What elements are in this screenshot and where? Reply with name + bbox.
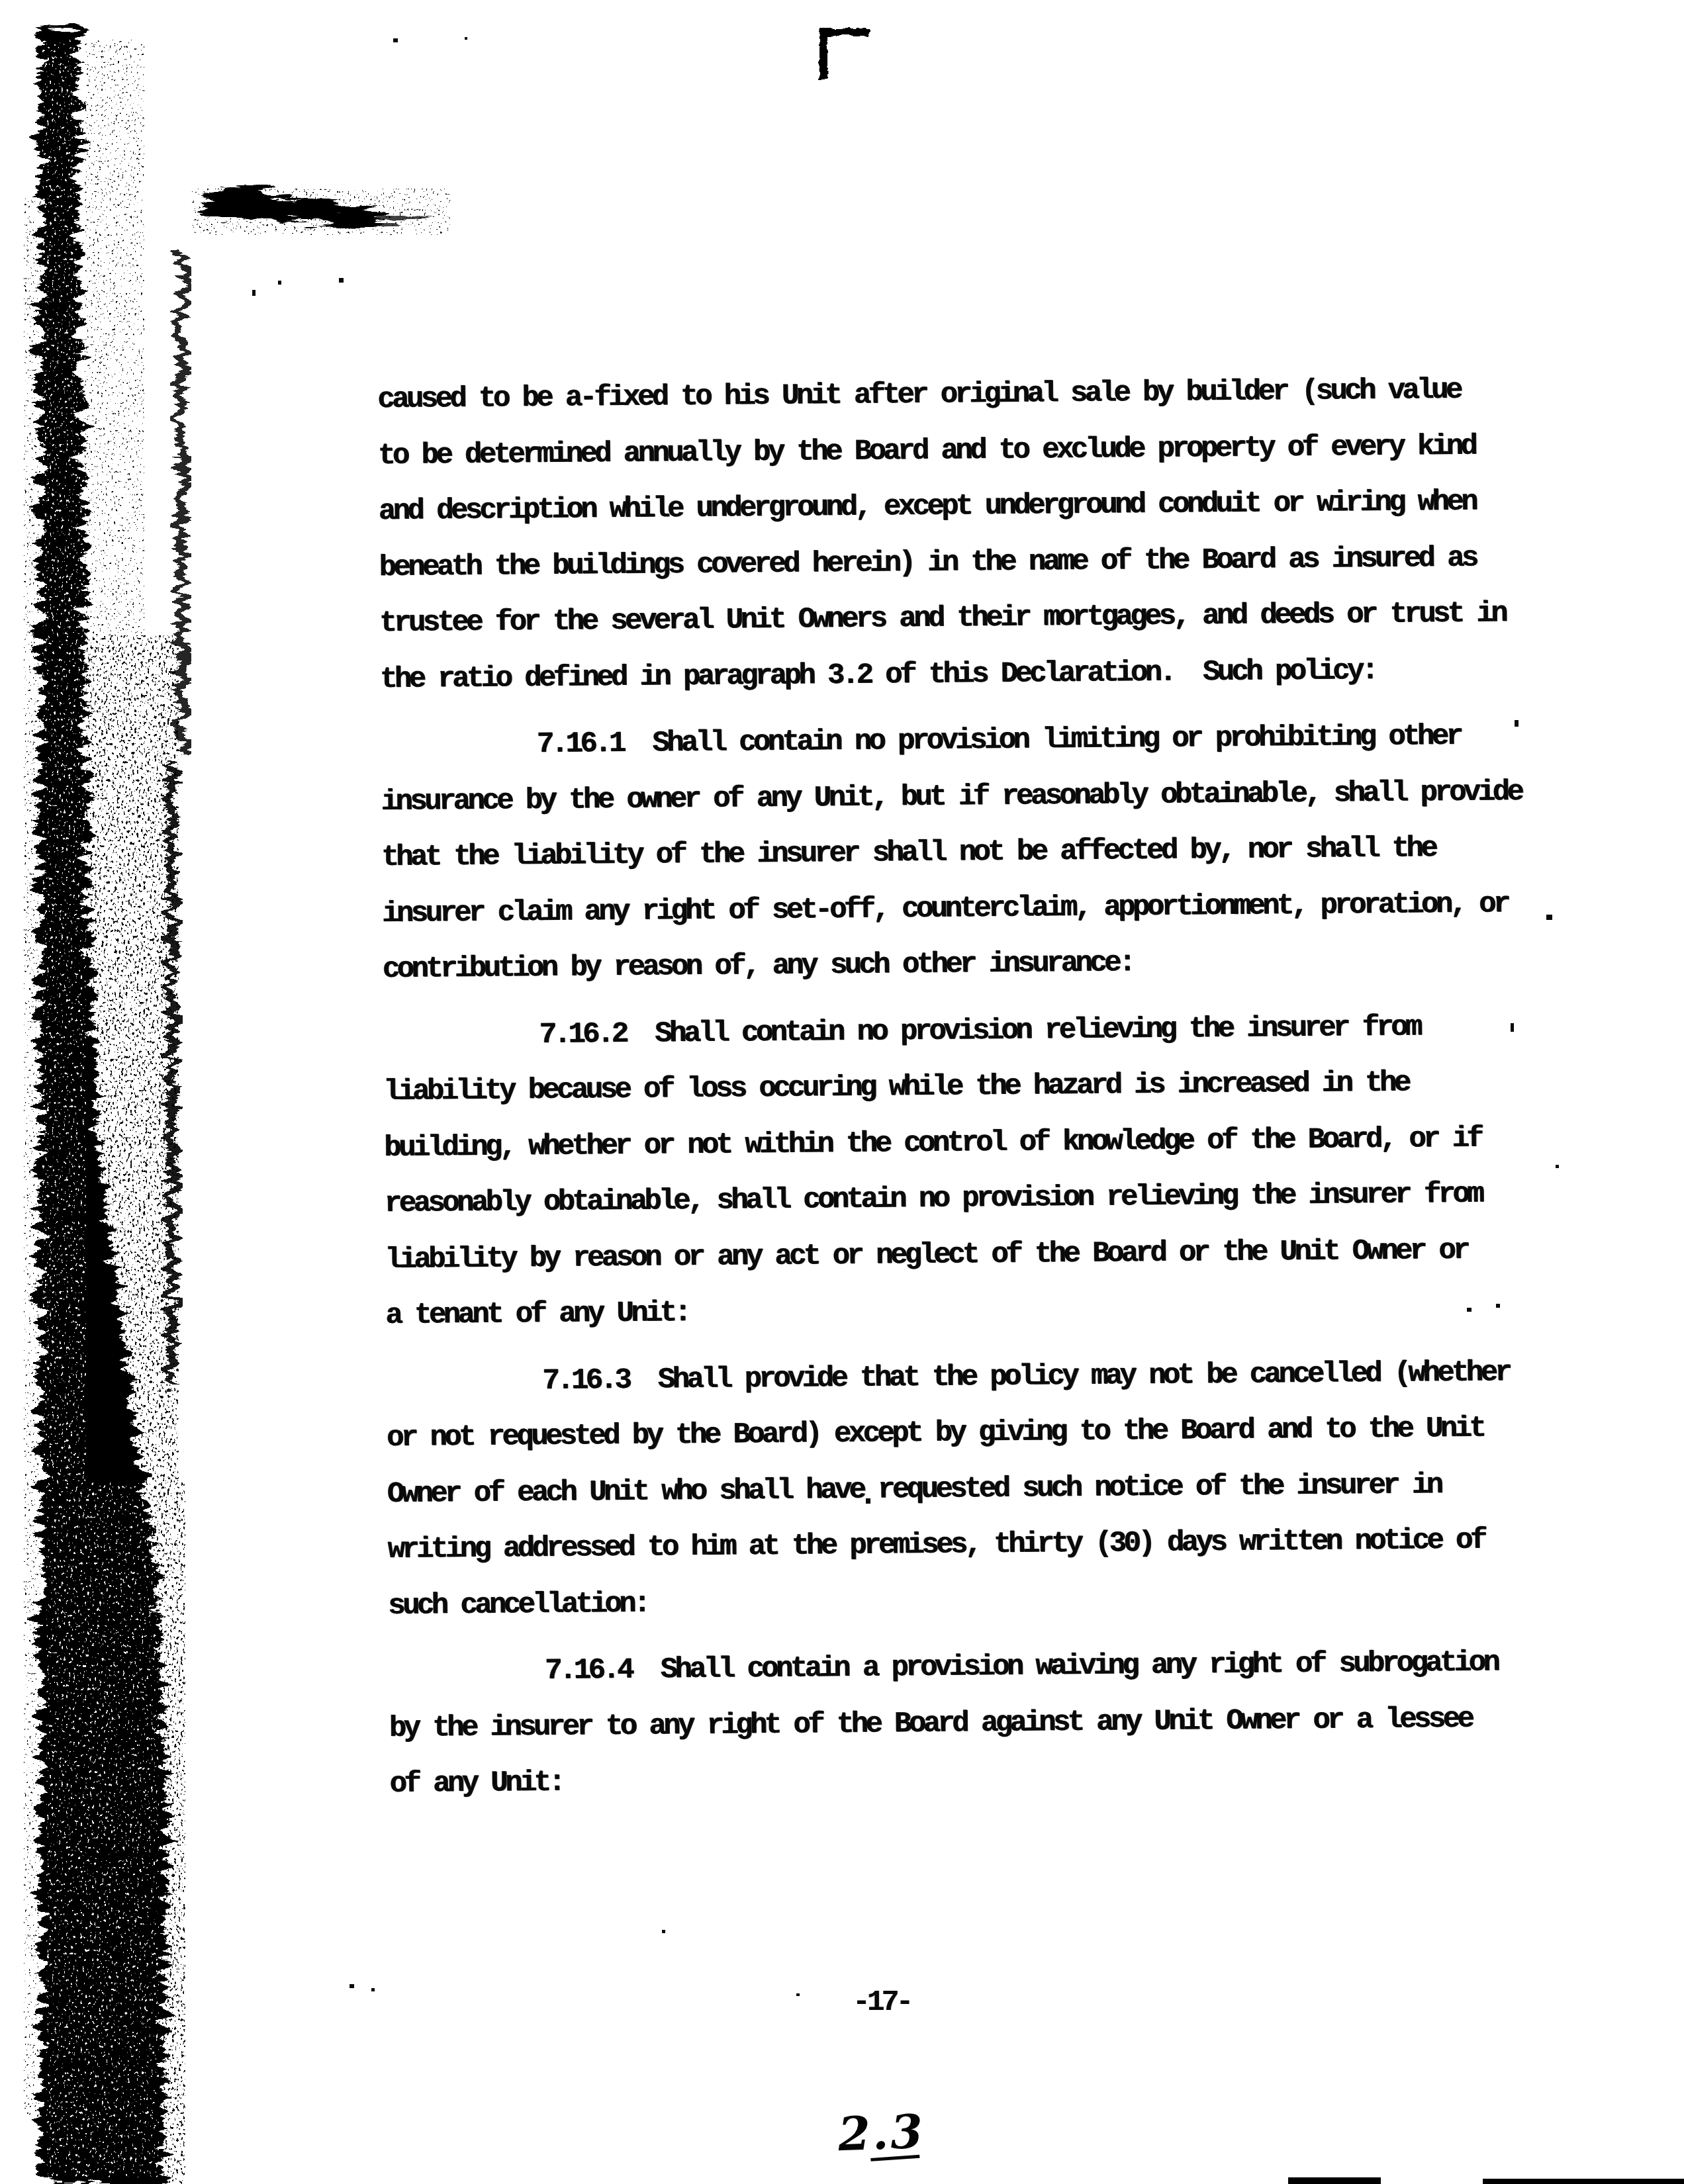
text-line: 7.16.4 Shall contain a provision waiving… [389, 1634, 1581, 1700]
text-line: trustee for the several Unit Owners and … [379, 585, 1571, 651]
smudge-blob [197, 189, 279, 224]
text-line: of any Unit: [389, 1746, 1581, 1812]
band-speckle [85, 40, 144, 635]
text-line: to be determined annually by the Board a… [378, 418, 1570, 484]
paragraph-7.16.1: 7.16.1 Shall contain no provision limiti… [381, 707, 1575, 997]
smudge-artifact [197, 189, 430, 224]
document-text-block: caused to be a-fixed to his Unit after o… [377, 361, 1581, 1812]
paragraph-lead: caused to be a-fixed to his Unit after o… [377, 361, 1571, 707]
smudge-blob [328, 208, 387, 224]
text-line: 7.16.1 Shall contain no provision limiti… [381, 707, 1573, 774]
band-speckle [86, 635, 179, 1482]
text-line: writing addressed to him at the premises… [387, 1512, 1579, 1578]
text-line: 7.16.3 Shall provide that the policy may… [386, 1344, 1578, 1410]
left-scan-artifact-band [24, 26, 185, 2184]
band-core [40, 26, 167, 2184]
text-line: caused to be a-fixed to his Unit after o… [377, 361, 1569, 428]
paragraph-7.16.2: 7.16.2 Shall contain no provision reliev… [383, 998, 1577, 1344]
text-line: or not requested by the Board) except by… [387, 1400, 1579, 1466]
bottom-edge-artifact [1288, 2177, 1684, 2184]
pressure-streak [176, 251, 185, 754]
text-line: by the insurer to any right of the Board… [389, 1690, 1581, 1756]
text-line: building, whether or not within the cont… [384, 1110, 1576, 1176]
corner-registration-mark-icon [819, 28, 870, 79]
handwritten-annotation: 2.3 [837, 2109, 925, 2158]
text-line: contribution by reason of, any such othe… [383, 931, 1575, 997]
page-number: -17- [853, 1988, 910, 2017]
band-speckle [24, 199, 41, 2118]
text-line: and description while underground, excep… [378, 473, 1570, 539]
text-line: such cancellation: [388, 1568, 1580, 1634]
paragraph-7.16.3: 7.16.3 Shall provide that the policy may… [386, 1344, 1580, 1634]
pressure-streak [167, 761, 177, 1390]
text-line: a tenant of any Unit: [385, 1277, 1577, 1343]
text-line: insurance by the owner of any Unit, but … [381, 764, 1573, 830]
text-line: that the liability of the insurer shall … [381, 819, 1573, 886]
text-line: liability by reason or any act or neglec… [385, 1222, 1577, 1288]
smudge-blob [377, 216, 430, 224]
text-line: beneath the buildings covered herein) in… [379, 529, 1571, 596]
band-speckle [113, 1482, 185, 2184]
smudge-speckle [192, 189, 450, 235]
paragraph-7.16.4: 7.16.4 Shall contain a provision waiving… [389, 1634, 1581, 1812]
text-line: Owner of each Unit who shall have reques… [387, 1456, 1579, 1522]
smudge-blob [255, 197, 348, 224]
scanned-document-page: caused to be a-fixed to his Unit after o… [0, 0, 1684, 2184]
band-texture-holes [46, 1482, 159, 2177]
band-texture-holes [42, 40, 86, 1482]
text-line: insurer claim any right of set-off, coun… [382, 876, 1574, 942]
text-line: the ratio defined in paragraph 3.2 of th… [380, 641, 1572, 707]
text-line: 7.16.2 Shall contain no provision reliev… [383, 998, 1575, 1064]
text-line: reasonably obtainable, shall contain no … [385, 1165, 1577, 1232]
text-line: liability because of loss occuring while… [383, 1054, 1575, 1120]
